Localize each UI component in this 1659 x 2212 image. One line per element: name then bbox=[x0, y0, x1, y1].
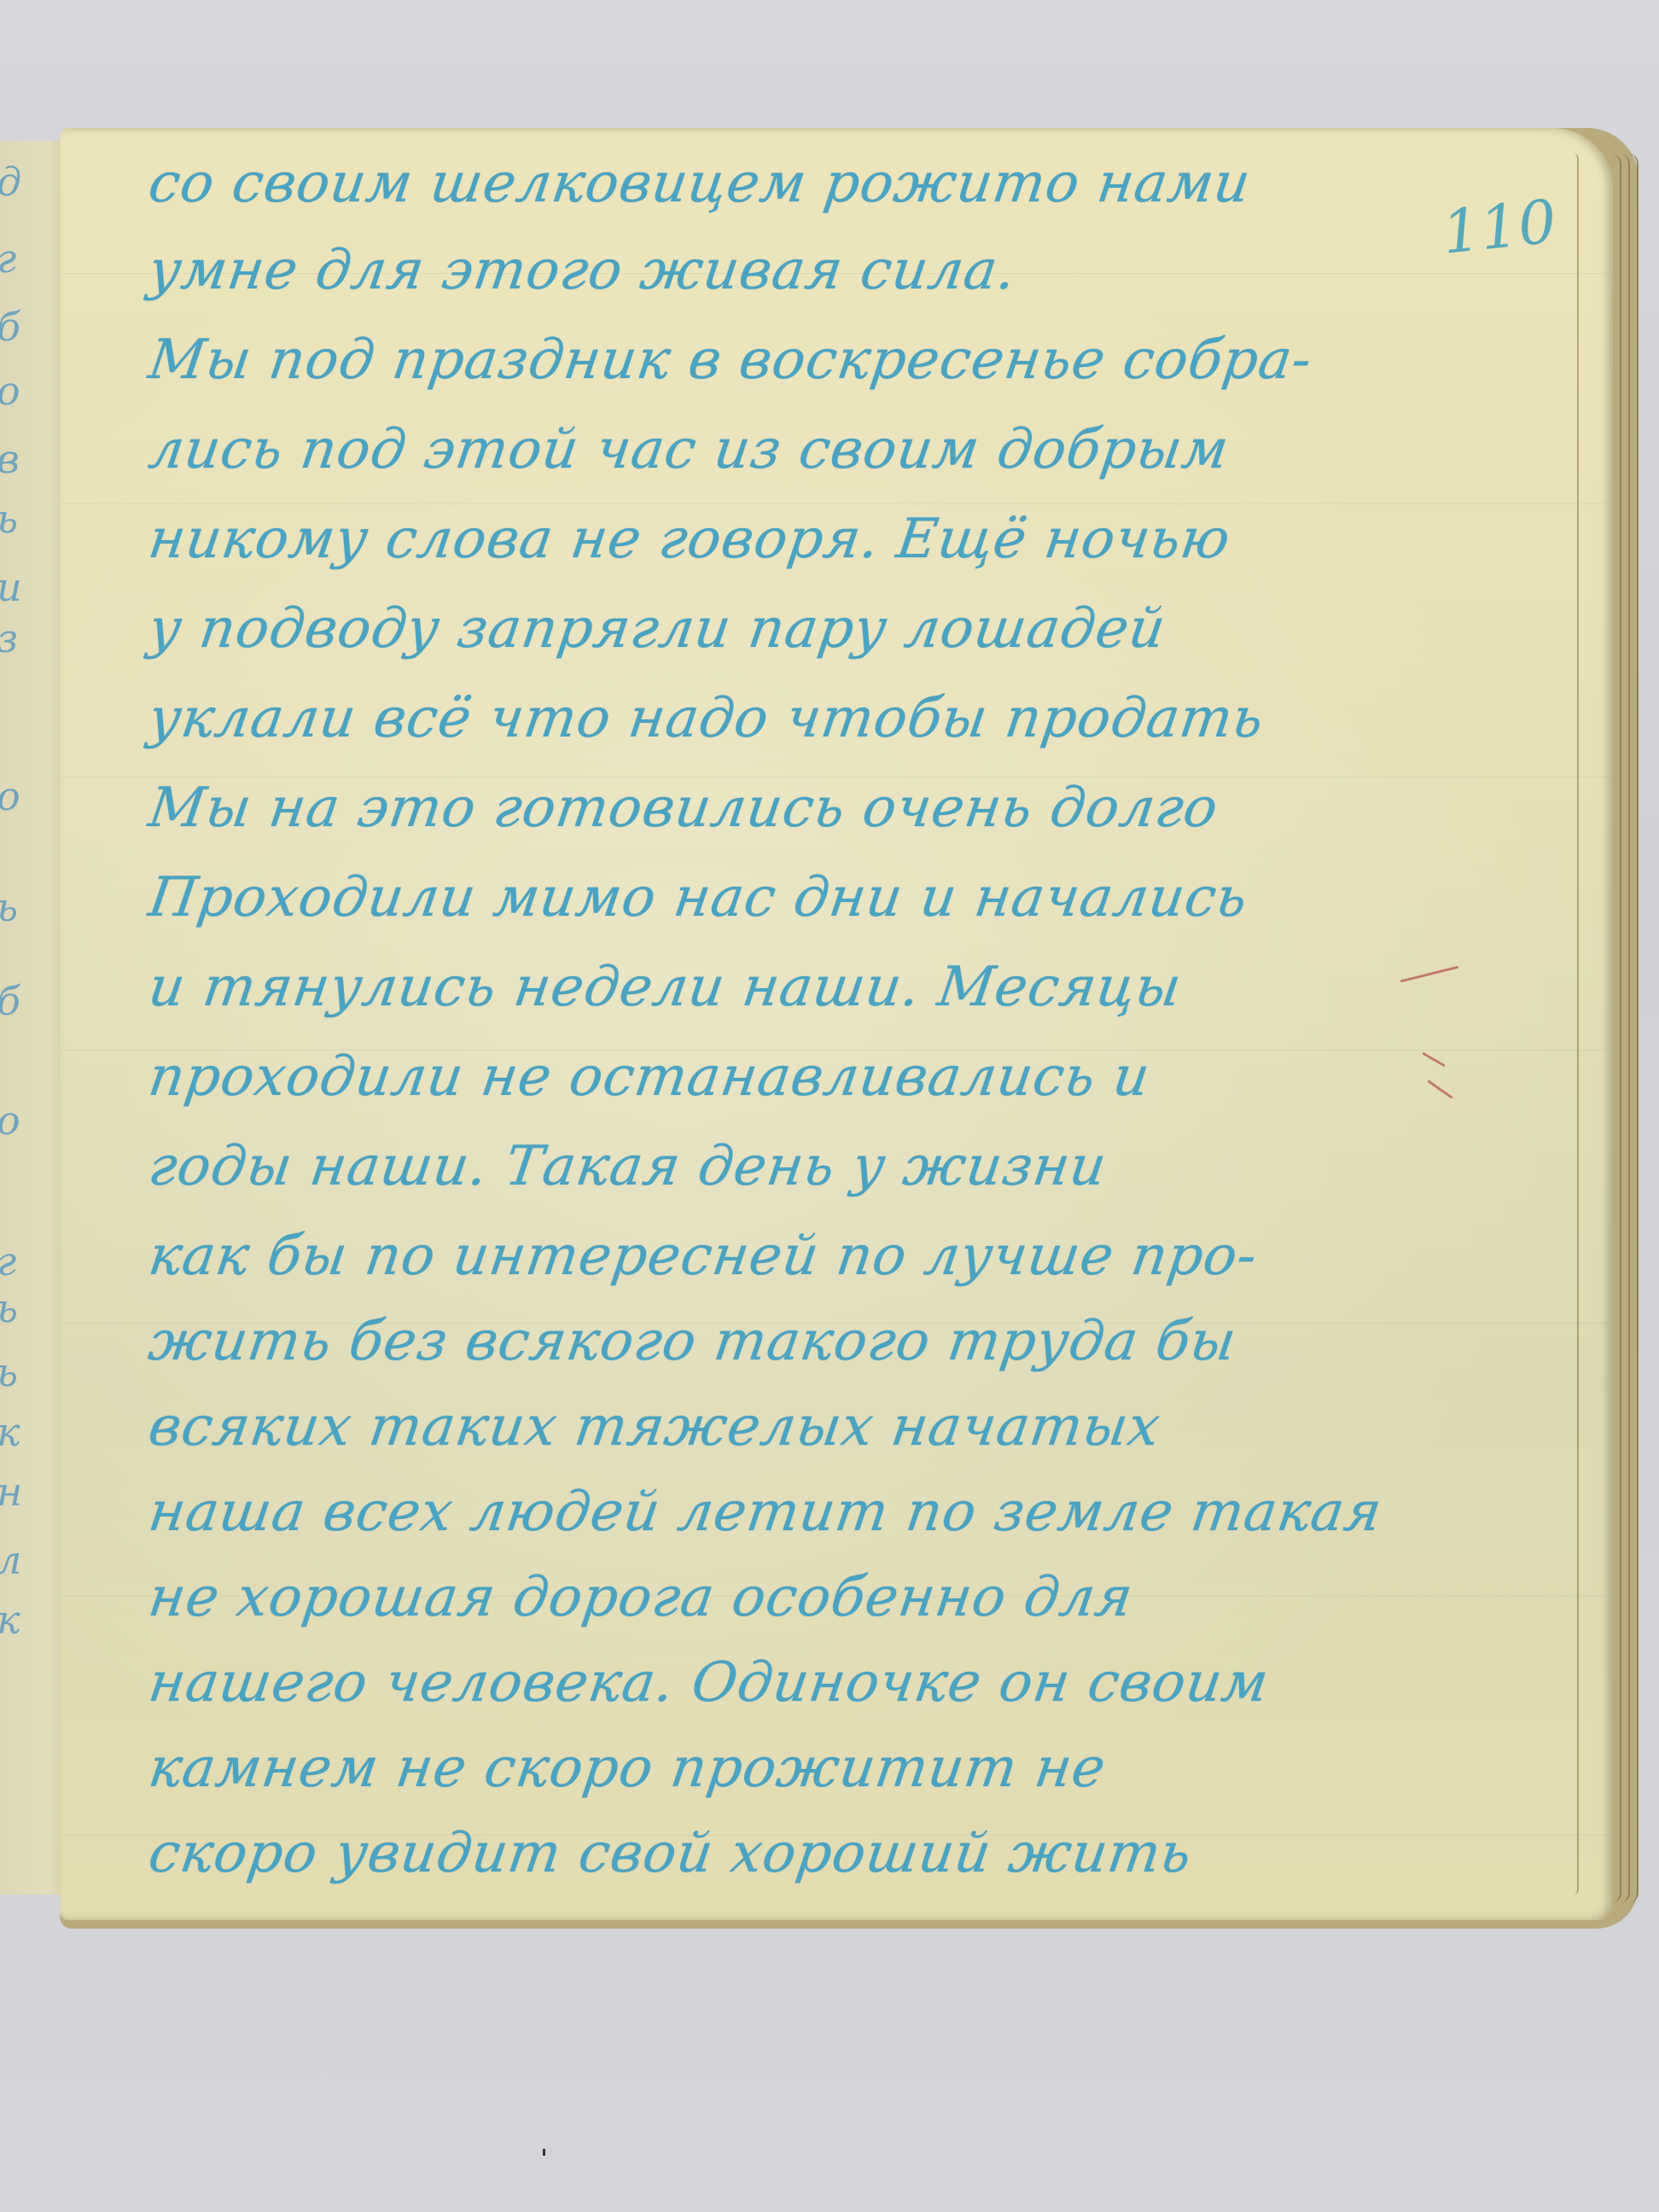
notebook-page: 110 со своим шелковицем рожито нами умне… bbox=[60, 128, 1613, 1920]
left-page-glyph: д bbox=[0, 162, 48, 201]
handwritten-line: наша всех людей летит по земле такая bbox=[145, 1481, 1386, 1544]
left-page-glyph: о bbox=[0, 1101, 48, 1140]
background-speck bbox=[543, 2149, 545, 2156]
red-pencil-mark bbox=[1427, 1080, 1452, 1099]
left-page-glyph: ь bbox=[0, 1289, 48, 1328]
handwritten-line: у подводу запрягли пару лошадей bbox=[145, 597, 1170, 661]
ruled-line bbox=[60, 504, 1613, 504]
handwritten-line: камнем не скоро прожитит не bbox=[145, 1737, 1110, 1800]
handwritten-line: умне для этого живая сила. bbox=[145, 239, 1021, 302]
handwritten-line: уклали всё что надо чтобы продать bbox=[145, 687, 1268, 750]
left-page-glyph: б bbox=[0, 981, 48, 1021]
handwritten-line: годы наши. Такая день у жизни bbox=[145, 1135, 1111, 1198]
handwritten-line: как бы по интересней по лучше про- bbox=[145, 1225, 1261, 1288]
handwritten-line: никому слова не говоря. Ещё ночью bbox=[145, 508, 1235, 571]
handwritten-line: нашего человека. Одиночке он своим bbox=[145, 1651, 1273, 1714]
handwritten-line: лись под этой час из своим добрым bbox=[145, 418, 1233, 481]
left-page-glyph: ь bbox=[0, 888, 48, 927]
left-page-glyph: о bbox=[0, 371, 48, 410]
left-page-glyph: з bbox=[0, 619, 48, 658]
left-page-glyph: л bbox=[0, 1540, 48, 1580]
handwritten-line: Мы на это готовились очень долго bbox=[145, 777, 1222, 840]
left-page-glyph: ь bbox=[0, 1353, 48, 1392]
handwritten-line: со своим шелковицем рожито нами bbox=[145, 152, 1254, 215]
handwritten-line: и тянулись недели наши. Месяцы bbox=[145, 956, 1185, 1019]
left-page-glyph: в bbox=[0, 439, 48, 479]
red-pencil-mark bbox=[1400, 966, 1459, 983]
left-page-glyph: н bbox=[0, 1472, 48, 1511]
left-page-glyph: о bbox=[0, 777, 48, 816]
handwritten-line: скоро увидит свой хороший жить bbox=[145, 1822, 1196, 1885]
page-inner-edge bbox=[1574, 154, 1579, 1895]
handwritten-line: не хорошая дорога особенно для bbox=[145, 1566, 1138, 1629]
handwritten-line: Мы под праздник в воскресенье собра- bbox=[145, 329, 1316, 392]
handwritten-line: Проходили мимо нас дни и начались bbox=[145, 866, 1252, 929]
handwritten-line: всяких таких тяжелых начатых bbox=[145, 1395, 1165, 1458]
page-number: 110 bbox=[1439, 186, 1559, 268]
left-page-glyph: г bbox=[0, 239, 48, 278]
left-page-glyph: к bbox=[0, 1412, 48, 1452]
red-pencil-mark bbox=[1422, 1052, 1445, 1068]
handwritten-line: проходили не останавливались и bbox=[145, 1045, 1155, 1109]
left-page-glyph: ь bbox=[0, 499, 48, 538]
left-page-glyph: г bbox=[0, 1242, 48, 1281]
left-page-glyph: и bbox=[0, 568, 48, 607]
left-page-glyph: к bbox=[0, 1600, 48, 1639]
handwritten-line: жить без всякого такого труда бы bbox=[145, 1310, 1241, 1373]
left-page-glyph: б bbox=[0, 307, 48, 346]
